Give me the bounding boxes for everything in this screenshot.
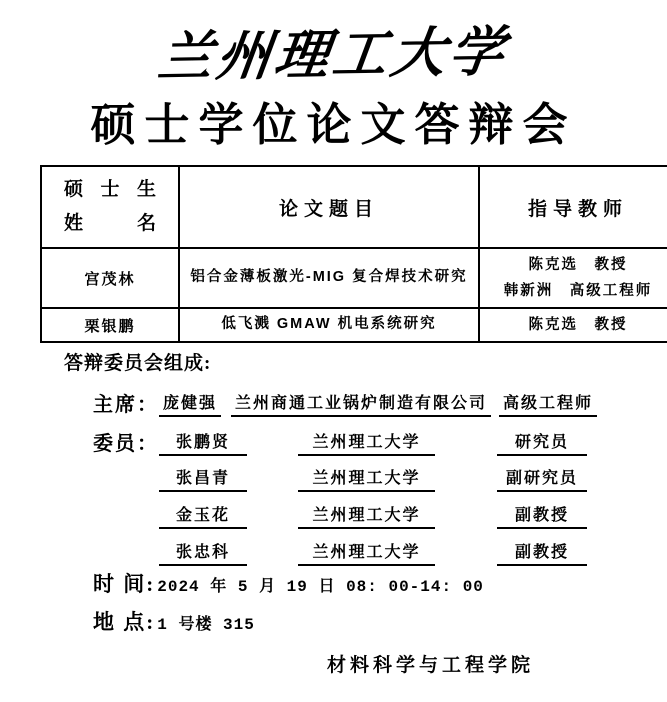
committee-member-row: 金玉花 兰州理工大学 副教授 [93, 502, 587, 529]
member-organization: 兰州理工大学 [298, 502, 435, 529]
chair-name: 庞健强 [159, 390, 221, 417]
student-name-header-cell: 硕士生 姓名 [41, 166, 179, 248]
member-organization: 兰州理工大学 [298, 429, 435, 456]
thesis-title-header-cell: 论文题目 [179, 166, 479, 248]
member-name: 张昌青 [159, 465, 247, 492]
advisor-line: 陈克选 教授 [488, 252, 667, 278]
defense-info-table: 硕士生 姓名 论文题目 指导教师 宫茂林 铝合金薄板激光-MIG 复合焊技术研究… [40, 165, 667, 343]
committee-member-row: 张昌青 兰州理工大学 副研究员 [93, 465, 587, 492]
member-name: 金玉花 [159, 502, 247, 529]
table-row: 栗银鹏 低飞溅 GMAW 机电系统研究 陈克选 教授 [41, 308, 667, 342]
time-value: 2024 年 5 月 19 日 08: 00-14: 00 [157, 573, 484, 596]
place-label: 地 点: [93, 606, 155, 636]
member-role-label: 委员： [93, 427, 159, 456]
issuing-department: 材料科学与工程学院 [327, 650, 534, 677]
table-row: 宫茂林 铝合金薄板激光-MIG 复合焊技术研究 陈克选 教授 韩新洲 高级工程师 [41, 248, 667, 308]
time-label: 时 间: [93, 568, 155, 598]
member-organization: 兰州理工大学 [298, 465, 435, 492]
chair-role-label: 主席： [93, 388, 159, 417]
defense-announcement-document: 兰州理工大学 硕士学位论文答辩会 硕士生 姓名 论文题目 指导教师 宫茂林 铝合… [0, 0, 667, 702]
place-row: 地 点: 1 号楼 315 [93, 606, 255, 636]
student-name-cell: 栗银鹏 [41, 308, 179, 342]
advisor-line: 韩新洲 高级工程师 [488, 278, 667, 304]
advisor-header-cell: 指导教师 [479, 166, 667, 248]
student-header-line2: 姓名 [64, 207, 156, 241]
table-header-row: 硕士生 姓名 论文题目 指导教师 [41, 166, 667, 248]
document-title: 硕士学位论文答辩会 [0, 88, 667, 153]
committee-section-label: 答辩委员会组成: [64, 348, 211, 375]
committee-member-row: 张忠科 兰州理工大学 副教授 [93, 539, 587, 566]
thesis-title-cell: 铝合金薄板激光-MIG 复合焊技术研究 [179, 248, 479, 308]
chair-organization: 兰州商通工业锅炉制造有限公司 [231, 390, 491, 417]
time-row: 时 间: 2024 年 5 月 19 日 08: 00-14: 00 [93, 568, 484, 598]
advisor-cell: 陈克选 教授 韩新洲 高级工程师 [479, 248, 667, 308]
advisor-line: 陈克选 教授 [488, 312, 667, 338]
university-calligraphy-logo: 兰州理工大学 [0, 6, 667, 95]
member-name: 张忠科 [159, 539, 247, 566]
member-title: 副教授 [497, 539, 587, 566]
student-header-line1: 硕士生 [64, 173, 156, 207]
member-title: 副教授 [497, 502, 587, 529]
committee-member-row: 委员： 张鹏贤 兰州理工大学 研究员 [93, 427, 587, 456]
member-organization: 兰州理工大学 [298, 539, 435, 566]
place-value: 1 号楼 315 [157, 611, 255, 634]
member-title: 副研究员 [497, 465, 587, 492]
committee-chair-row: 主席： 庞健强 兰州商通工业锅炉制造有限公司 高级工程师 [93, 388, 597, 417]
thesis-title-cell: 低飞溅 GMAW 机电系统研究 [179, 308, 479, 342]
advisor-cell: 陈克选 教授 [479, 308, 667, 342]
member-name: 张鹏贤 [159, 429, 247, 456]
student-name-cell: 宫茂林 [41, 248, 179, 308]
member-title: 研究员 [497, 429, 587, 456]
chair-title: 高级工程师 [499, 390, 597, 417]
